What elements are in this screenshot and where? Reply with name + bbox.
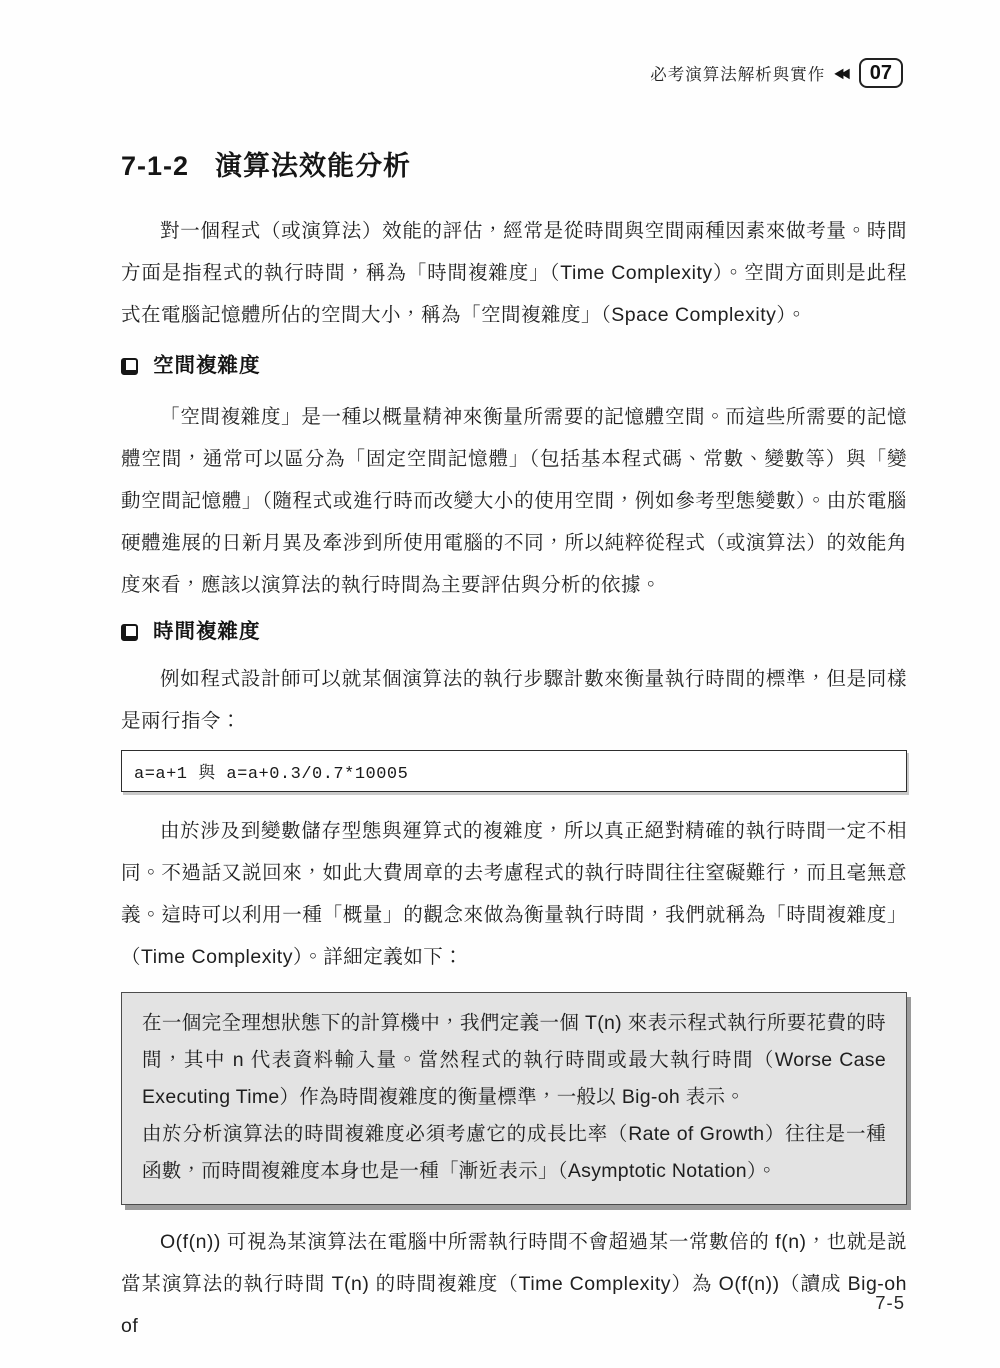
page-content: 7-1-2 演算法效能分析 對一個程式（或演算法）效能的評估，經常是從時間與空間…: [121, 0, 907, 1347]
page-number: 7-5: [875, 1292, 905, 1313]
section-title: 7-1-2 演算法效能分析: [121, 146, 907, 186]
definition-box: 在一個完全理想狀態下的計算機中，我們定義一個 T(n) 來表示程式執行所要花費的…: [121, 992, 907, 1205]
intro-paragraph: 對一個程式（或演算法）效能的評估，經常是從時間與空間兩種因素來做考量。時間方面是…: [121, 210, 907, 336]
subsection-title: 時間複雜度: [153, 616, 261, 648]
section-name: 演算法效能分析: [215, 146, 411, 186]
code-example-text: a=a+1 與 a=a+0.3/0.7*10005: [134, 765, 408, 784]
section-number: 7-1-2: [121, 146, 189, 186]
time-complexity-discussion-paragraph: 由於涉及到變數儲存型態與運算式的複雜度，所以真正絕對精確的執行時間一定不相同。不…: [121, 810, 907, 978]
subsection-space-complexity: 空間複雜度: [121, 350, 907, 382]
page-footer: 7-5: [875, 1292, 905, 1314]
subsection-time-complexity: 時間複雜度: [121, 616, 907, 648]
subsection-title: 空間複雜度: [153, 350, 261, 382]
closing-paragraph: O(f(n)) 可視為某演算法在電腦中所需執行時間不會超過某一常數倍的 f(n)…: [121, 1221, 907, 1347]
square-bullet-icon: [121, 358, 138, 375]
space-complexity-paragraph: 「空間複雜度」是一種以概量精神來衡量所需要的記憶體空間。而這些所需要的記憶體空間…: [121, 396, 907, 606]
definition-paragraph-2: 由於分析演算法的時間複雜度必須考慮它的成長比率（Rate of Growth）往…: [142, 1116, 886, 1190]
code-example-box: a=a+1 與 a=a+0.3/0.7*10005: [121, 750, 907, 792]
definition-paragraph-1: 在一個完全理想狀態下的計算機中，我們定義一個 T(n) 來表示程式執行所要花費的…: [142, 1005, 886, 1116]
time-complexity-lead-paragraph: 例如程式設計師可以就某個演算法的執行步驟計數來衡量執行時間的標準，但是同樣是兩行…: [121, 658, 907, 742]
book-page: 必考演算法解析與實作 ◀◀ 07 7-1-2 演算法效能分析 對一個程式（或演算…: [0, 0, 1000, 1368]
square-bullet-icon: [121, 624, 138, 641]
